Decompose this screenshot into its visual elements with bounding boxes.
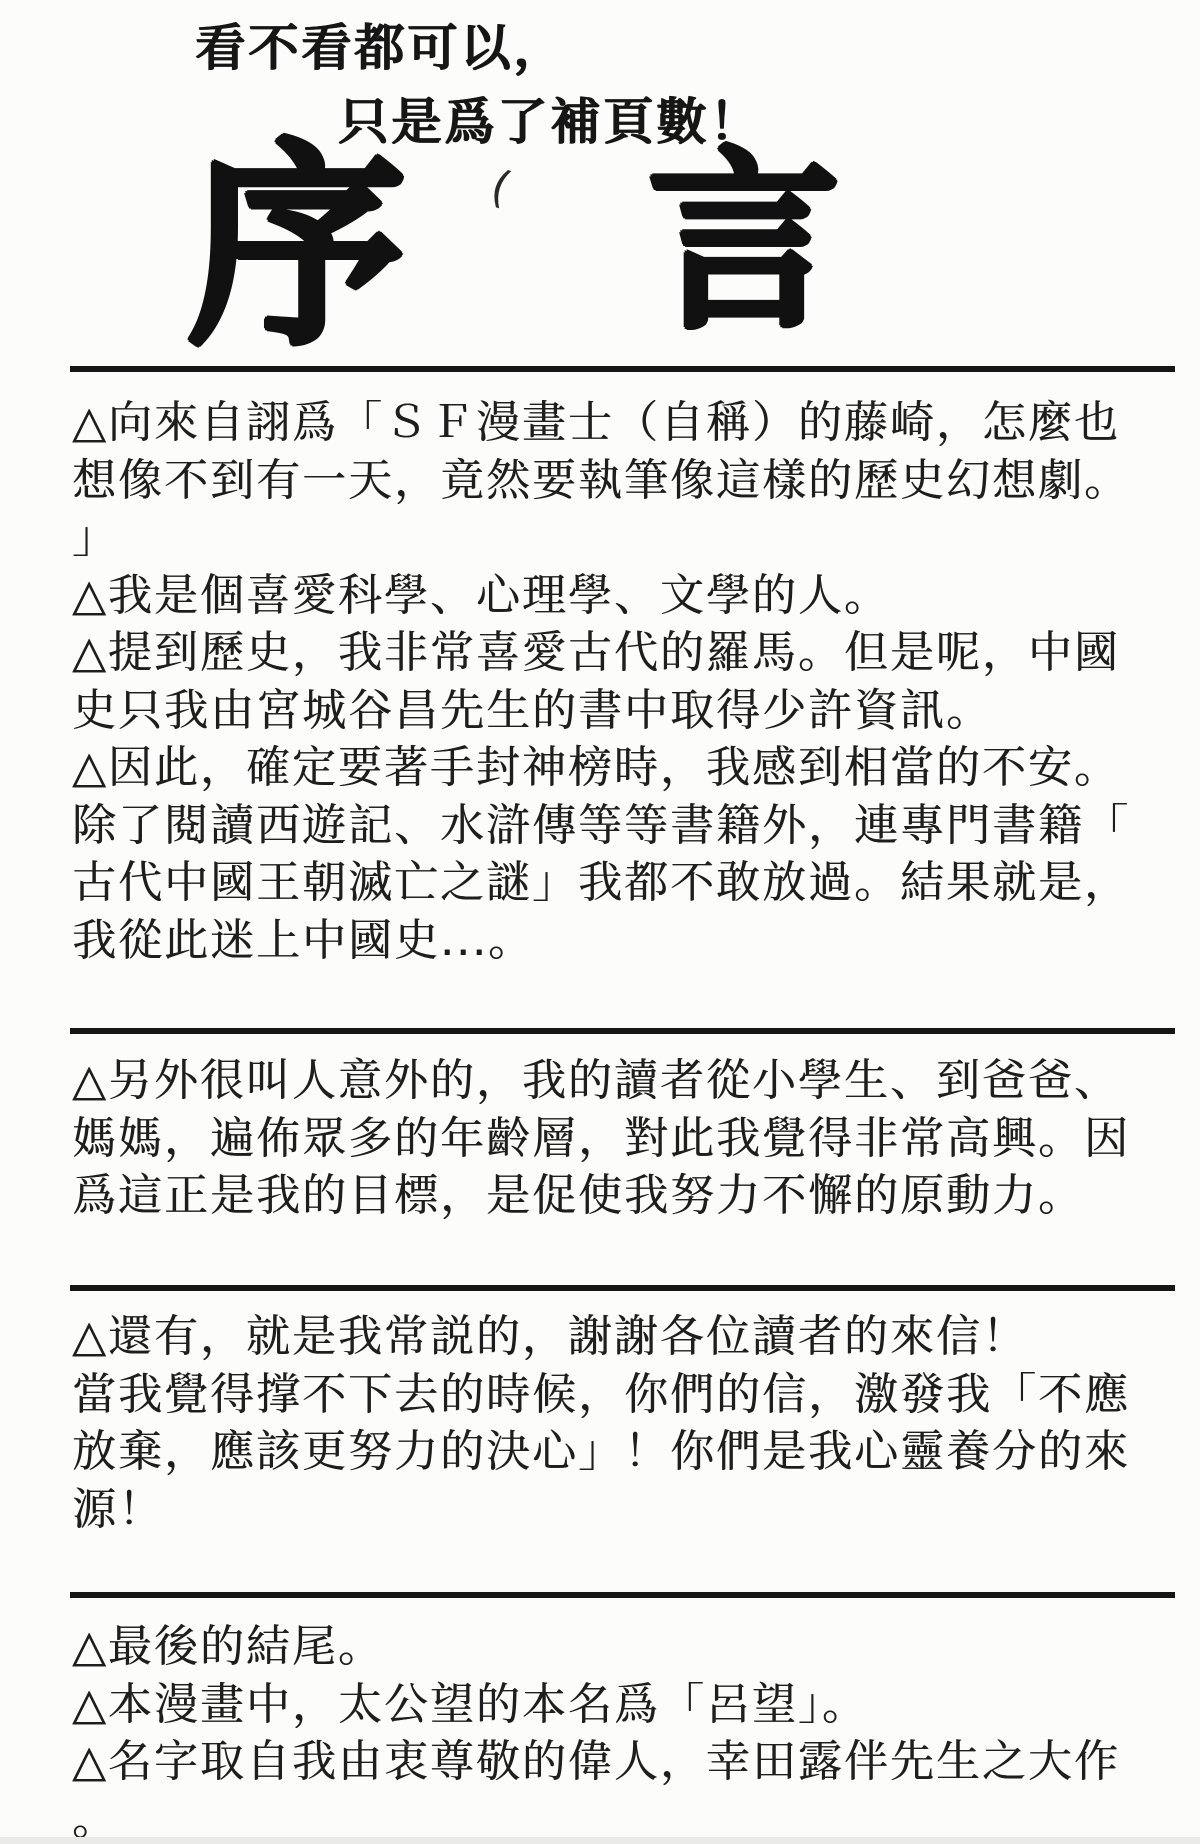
text-line: △向來自詡爲「ＳＦ漫畫士（自稱）的藤崎，怎麼也 (72, 394, 1157, 452)
text-line: △還有，就是我常説的，謝謝各位讀者的來信！ (72, 1308, 1157, 1366)
text-line: 放棄，應該更努力的決心」！你們是我心靈養分的來 (72, 1423, 1157, 1481)
preface-section-1: △向來自詡爲「ＳＦ漫畫士（自稱）的藤崎，怎麼也 想像不到有一天，竟然要執筆像這樣… (72, 394, 1157, 969)
text-line: 當我覺得撑不下去的時候，你們的信，激發我「不應 (72, 1366, 1157, 1424)
text-line: △最後的結尾。 (72, 1618, 1157, 1676)
manga-preface-page: 看不看都可以， 只是爲了補頁數！ 序 ( 言 △向來自詡爲「ＳＦ漫畫士（自稱）的… (0, 0, 1200, 1844)
preface-section-2: △另外很叫人意外的，我的讀者從小學生、到爸爸、 媽媽，遍佈眾多的年齡層，對此我覺… (72, 1052, 1157, 1225)
text-line: △提到歷史，我非常喜愛古代的羅馬。但是呢，中國 (72, 624, 1157, 682)
stray-pen-mark: ( (485, 161, 517, 215)
text-line: 」 (72, 509, 1157, 567)
text-line: △我是個喜愛科學、心理學、文學的人。 (72, 567, 1157, 625)
text-line: △另外很叫人意外的，我的讀者從小學生、到爸爸、 (72, 1052, 1157, 1110)
text-line: 。 (72, 1791, 1157, 1844)
divider-rule-1 (70, 366, 1175, 372)
divider-rule-4 (70, 1592, 1175, 1598)
preface-section-4: △最後的結尾。 △本漫畫中，太公望的本名爲「呂望」。 △名字取自我由衷尊敬的偉人… (72, 1618, 1157, 1844)
scanner-edge-strip (0, 1837, 1200, 1844)
preface-section-3: △還有，就是我常説的，謝謝各位讀者的來信！ 當我覺得撑不下去的時候，你們的信，激… (72, 1308, 1157, 1538)
top-note-line-1: 看不看都可以， (195, 8, 566, 80)
text-line: 媽媽，遍佈眾多的年齡層，對此我覺得非常高興。因 (72, 1110, 1157, 1168)
text-line: 除了閱讀西遊記、水滸傳等等書籍外，連專門書籍「 (72, 797, 1157, 855)
text-line: 史只我由宮城谷昌先生的書中取得少許資訊。 (72, 682, 1157, 740)
page-title-char-right: 言 (648, 148, 840, 340)
text-line: 想像不到有一天，竟然要執筆像這樣的歷史幻想劇。 (72, 452, 1157, 510)
text-line: 我從此迷上中國史...。 (72, 912, 1157, 970)
text-line: △因此，確定要著手封神榜時，我感到相當的不安。 (72, 739, 1157, 797)
text-line: 古代中國王朝滅亡之謎」我都不敢放過。結果就是， (72, 854, 1157, 912)
divider-rule-3 (70, 1285, 1175, 1291)
page-title-char-left: 序 (188, 140, 406, 358)
text-line: △本漫畫中，太公望的本名爲「呂望」。 (72, 1676, 1157, 1734)
text-line: 源！ (72, 1481, 1157, 1539)
divider-rule-2 (70, 1028, 1175, 1034)
text-line: 爲這正是我的目標，是促使我努力不懈的原動力。 (72, 1167, 1157, 1225)
text-line: △名字取自我由衷尊敬的偉人，幸田露伴先生之大作 (72, 1733, 1157, 1791)
